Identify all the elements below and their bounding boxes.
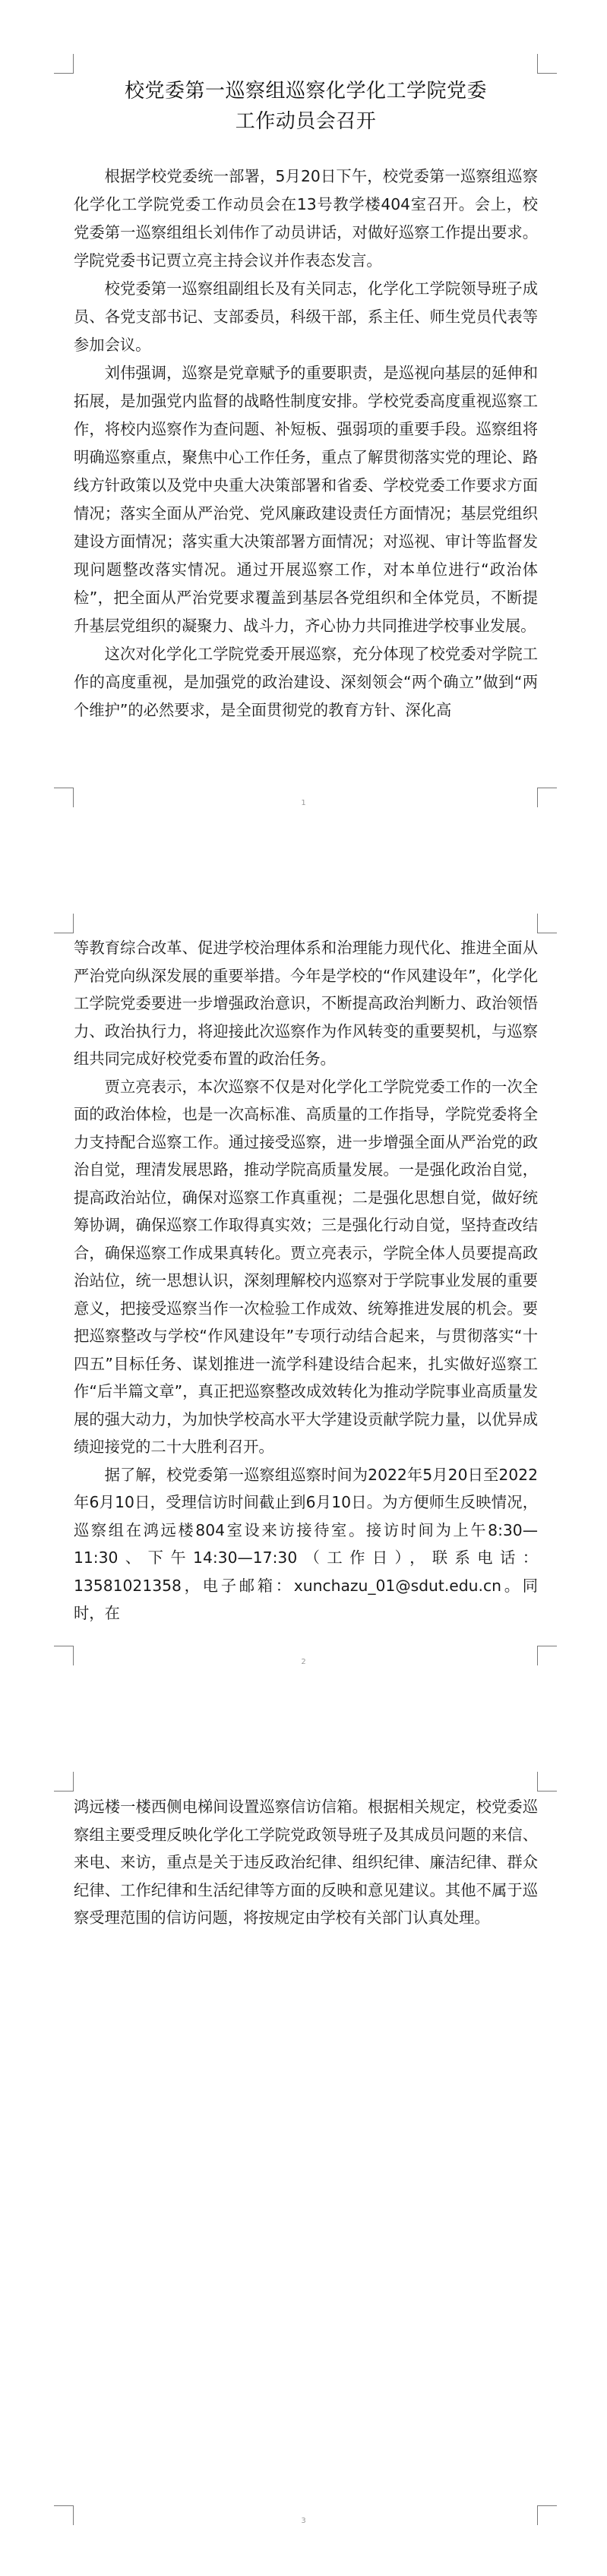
paragraph: 鸿远楼一楼西侧电梯间设置巡察信访信箱。根据相关规定，校党委巡察组主要受理反映化学…	[74, 1793, 538, 1932]
title-line-1: 校党委第一巡察组巡察化学化工学院党委	[74, 76, 538, 106]
page-number: 2	[0, 1658, 607, 1666]
paragraph: 等教育综合改革、促进学校治理体系和治理能力现代化、推进全面从严治党向纵深发展的重…	[74, 934, 538, 1073]
page-3-body: 鸿远楼一楼西侧电梯间设置巡察信访信箱。根据相关规定，校党委巡察组主要受理反映化学…	[74, 1793, 538, 1932]
page-1-body: 根据学校党委统一部署，5月20日下午，校党委第一巡察组巡察化学化工学院党委工作动…	[74, 163, 538, 724]
document-page-3: 鸿远楼一楼西侧电梯间设置巡察信访信箱。根据相关规定，校党委巡察组主要受理反映化学…	[0, 1718, 607, 2576]
paragraph: 据了解，校党委第一巡察组巡察时间为2022年5月20日至2022年6月10日，受…	[74, 1461, 538, 1627]
crop-mark-top-right	[537, 914, 557, 933]
title-line-2: 工作动员会召开	[74, 106, 538, 137]
page-number: 1	[0, 799, 607, 807]
page-number: 3	[0, 2517, 607, 2525]
page-2-body: 等教育综合改革、促进学校治理体系和治理能力现代化、推进全面从严治党向纵深发展的重…	[74, 934, 538, 1627]
paragraph: 根据学校党委统一部署，5月20日下午，校党委第一巡察组巡察化学化工学院党委工作动…	[74, 163, 538, 275]
crop-mark-top-right	[537, 1772, 557, 1792]
paragraph: 贾立亮表示，本次巡察不仅是对化学化工学院党委工作的一次全面的政治体检，也是一次高…	[74, 1073, 538, 1461]
document-page-1: 校党委第一巡察组巡察化学化工学院党委 工作动员会召开 根据学校党委统一部署，5月…	[0, 0, 607, 859]
crop-mark-top-right	[537, 54, 557, 74]
paragraph: 校党委第一巡察组副组长及有关同志，化学化工学院领导班子成员、各党支部书记、支部委…	[74, 275, 538, 359]
crop-mark-top-left	[54, 1772, 74, 1792]
document-title: 校党委第一巡察组巡察化学化工学院党委 工作动员会召开	[74, 76, 538, 137]
paragraph: 这次对化学化工学院党委开展巡察，充分体现了校党委对学院工作的高度重视，是加强党的…	[74, 640, 538, 724]
crop-mark-top-left	[54, 914, 74, 933]
crop-mark-top-left	[54, 54, 74, 74]
document-page-2: 等教育综合改革、促进学校治理体系和治理能力现代化、推进全面从严治党向纵深发展的重…	[0, 859, 607, 1718]
paragraph: 刘伟强调，巡察是党章赋予的重要职责，是巡视向基层的延伸和拓展，是加强党内监督的战…	[74, 359, 538, 640]
